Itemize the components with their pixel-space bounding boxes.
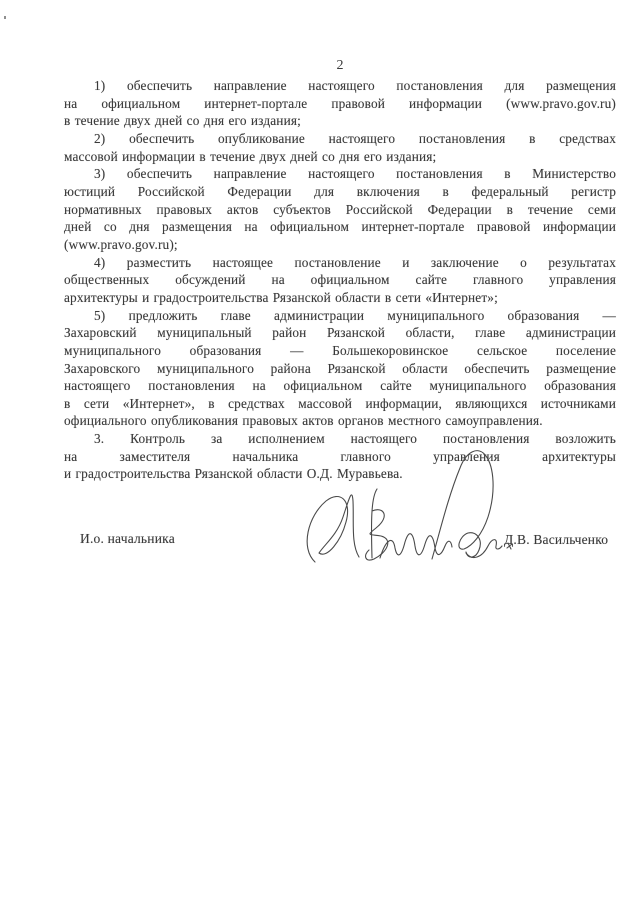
signer-position-label: И.о. начальника <box>80 531 175 547</box>
text-line: (www.pravo.gov.ru); <box>64 236 616 254</box>
text-line: 4) разместить настоящее постановление и … <box>64 254 616 272</box>
paragraph: 1) обеспечить направление настоящего пос… <box>64 77 616 130</box>
handwritten-signature <box>296 440 521 580</box>
text-line: Захаровский муниципальный район Рязанско… <box>64 324 616 342</box>
text-line: в сети «Интернет», в средствах массовой … <box>64 395 616 413</box>
text-line: массовой информации в течение двух дней … <box>64 148 616 166</box>
scanned-document-page: 2 1) обеспечить направление настоящего п… <box>0 0 640 905</box>
text-line: нормативных правовых актов субъектов Рос… <box>64 201 616 219</box>
text-line: общественных обсуждений на официальном с… <box>64 271 616 289</box>
text-line: муниципального образования — Большекоров… <box>64 342 616 360</box>
text-line: юстиций Российской Федерации для включен… <box>64 183 616 201</box>
text-line: 5) предложить главе администрации муници… <box>64 307 616 325</box>
paragraph: 4) разместить настоящее постановление и … <box>64 254 616 307</box>
text-line: 1) обеспечить направление настоящего пос… <box>64 77 616 95</box>
text-line: официального опубликования правовых акто… <box>64 412 616 430</box>
text-line: Захаровского муниципального района Рязан… <box>64 360 616 378</box>
paragraph: 2) обеспечить опубликование настоящего п… <box>64 130 616 165</box>
scan-artifact-speck <box>4 16 6 19</box>
signer-name: Д.В. Васильченко <box>504 532 608 548</box>
text-line: архитектуры и градостроительства Рязанск… <box>64 289 616 307</box>
text-line: настоящего постановления на официальном … <box>64 377 616 395</box>
document-body: 1) обеспечить направление настоящего пос… <box>64 77 616 483</box>
paragraph: 5) предложить главе администрации муници… <box>64 307 616 431</box>
text-line: в течение двух дней со дня его издания; <box>64 112 616 130</box>
page-number: 2 <box>64 58 616 74</box>
paragraph: 3) обеспечить направление настоящего пос… <box>64 165 616 253</box>
text-line: 2) обеспечить опубликование настоящего п… <box>64 130 616 148</box>
text-line: 3) обеспечить направление настоящего пос… <box>64 165 616 183</box>
text-line: дней со дня размещения на официальном ин… <box>64 218 616 236</box>
text-line: на официальном интернет-портале правовой… <box>64 95 616 113</box>
